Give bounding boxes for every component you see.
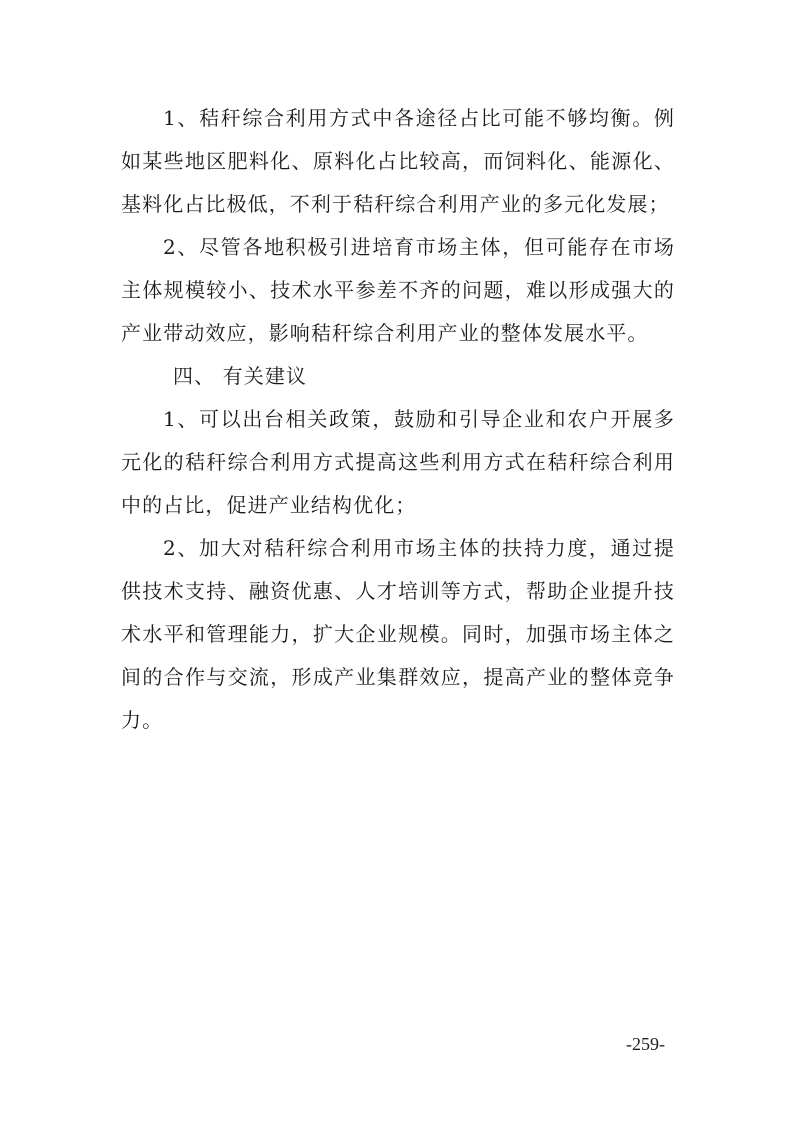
document-body: 1、秸秆综合利用方式中各途径占比可能不够均衡。例如某些地区肥料化、原料化占比较高…: [121, 97, 675, 742]
section-heading-suggestions: 四、 有关建议: [121, 355, 675, 398]
paragraph-suggestion-2: 2、加大对秸秆综合利用市场主体的扶持力度，通过提供技术支持、融资优惠、人才培训等…: [121, 527, 675, 742]
page-number: -259-: [626, 1034, 665, 1055]
paragraph-issue-1: 1、秸秆综合利用方式中各途径占比可能不够均衡。例如某些地区肥料化、原料化占比较高…: [121, 97, 675, 226]
document-page: 1、秸秆综合利用方式中各途径占比可能不够均衡。例如某些地区肥料化、原料化占比较高…: [0, 0, 794, 1122]
paragraph-suggestion-1: 1、可以出台相关政策，鼓励和引导企业和农户开展多元化的秸秆综合利用方式提高这些利…: [121, 398, 675, 527]
paragraph-issue-2: 2、尽管各地积极引进培育市场主体，但可能存在市场主体规模较小、技术水平参差不齐的…: [121, 226, 675, 355]
